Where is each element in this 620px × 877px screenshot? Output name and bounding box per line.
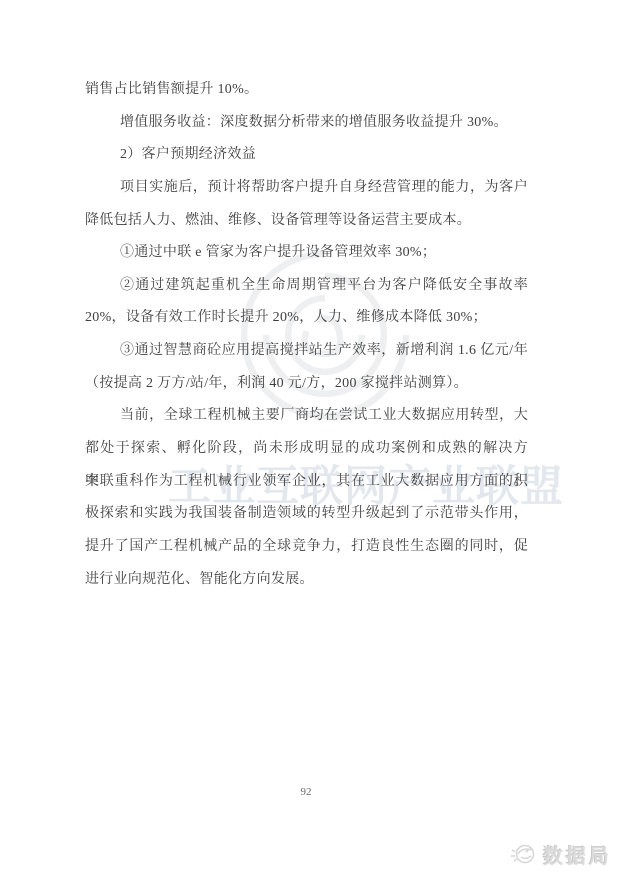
text-line: ②通过建筑起重机全生命周期管理平台为客户降低安全事故率 <box>85 270 528 303</box>
text-line: 极探索和实践为我国装备制造领域的转型升级起到了示范带头作用， <box>85 498 528 531</box>
footer-brand: 数据局 <box>508 839 612 869</box>
text-line: ③通过智慧商砼应用提高搅拌站生产效率，新增利润 1.6 亿元/年 <box>85 335 528 368</box>
document-text: 销售占比销售额提升 10%。 增值服务收益：深度数据分析带来的增值服务收益提升 … <box>85 74 528 596</box>
text-line: 增值服务收益：深度数据分析带来的增值服务收益提升 30%。 <box>85 107 528 140</box>
text-line: 进行业向规范化、智能化方向发展。 <box>85 564 528 597</box>
text-line: 都处于探索、孵化阶段，尚未形成明显的成功案例和成熟的解决方案。 <box>85 433 528 466</box>
text-line: 当前，全球工程机械主要厂商均在尝试工业大数据应用转型，大 <box>85 400 528 433</box>
text-line: 销售占比销售额提升 10%。 <box>85 74 528 107</box>
text-line: 项目实施后，预计将帮助客户提升自身经营管理的能力，为客户 <box>85 172 528 205</box>
text-line: ①通过中联 e 管家为客户提升设备管理效率 30%； <box>85 237 528 270</box>
text-line: 提升了国产工程机械产品的全球竞争力，打造良性生态圈的同时，促 <box>85 531 528 564</box>
text-line: 降低包括人力、燃油、维修、设备管理等设备运营主要成本。 <box>85 205 528 238</box>
text-line: 2）客户预期经济效益 <box>85 139 528 172</box>
footer-logo-text: 数据局 <box>543 840 612 869</box>
page-number: 92 <box>0 786 612 798</box>
scanned-document-page: { "page": { "number": "92" }, "content":… <box>0 0 620 877</box>
text-line: （按提高 2 万方/站/年，利润 40 元/方，200 家搅拌站测算）。 <box>85 368 528 401</box>
text-line: 20%，设备有效工作时长提升 20%，人力、维修成本降低 30%； <box>85 302 528 335</box>
swirl-logo-icon <box>508 839 538 869</box>
text-line: 中联重科作为工程机械行业领军企业，其在工业大数据应用方面的积 <box>85 466 528 499</box>
